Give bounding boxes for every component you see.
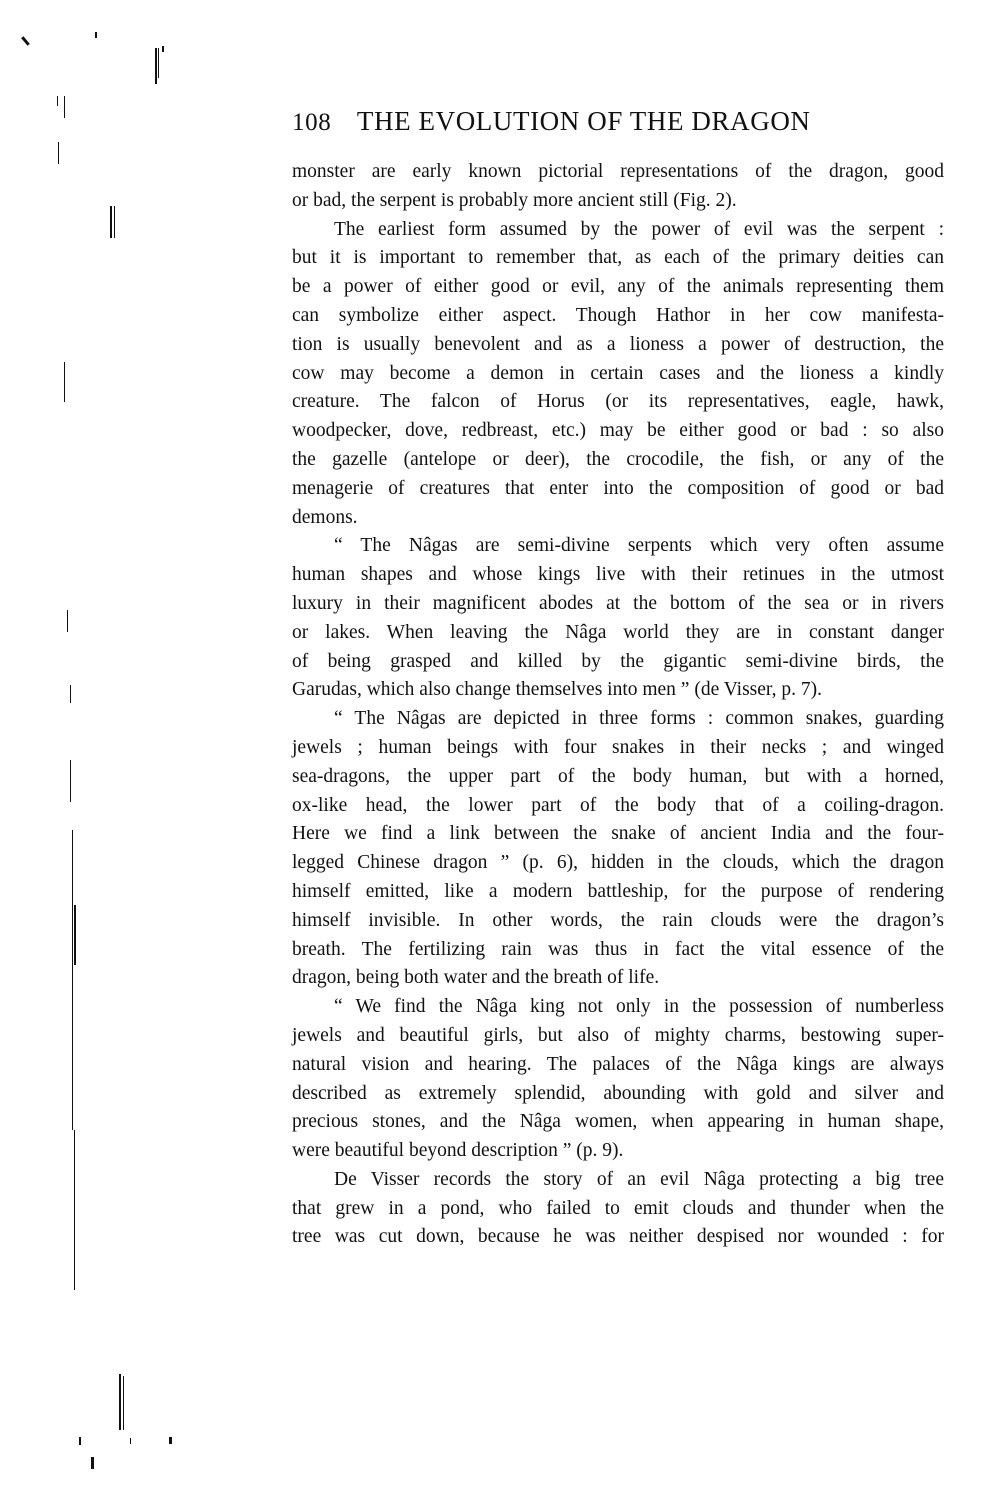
- text-line: sea-dragons, the upper part of the body …: [292, 763, 944, 792]
- text-line: himself invisible. In other words, the r…: [292, 907, 944, 936]
- text-line: dragon, being both water and the breath …: [292, 964, 944, 993]
- scan-mark: [130, 1438, 131, 1444]
- text-line: of being grasped and killed by the gigan…: [292, 648, 944, 677]
- text-line: natural vision and hearing. The palaces …: [292, 1051, 944, 1080]
- text-line: but it is important to remember that, as…: [292, 244, 944, 273]
- scan-mark: [169, 1437, 172, 1444]
- text-line: Here we find a link between the snake of…: [292, 820, 944, 849]
- paragraph-start-line: “ The Nâgas are depicted in three forms …: [292, 705, 944, 734]
- scan-mark: [162, 46, 164, 52]
- scan-mark: [64, 96, 65, 118]
- body-text: monster are early known pictorial repres…: [292, 158, 944, 1252]
- text-line: cow may become a demon in certain cases …: [292, 360, 944, 389]
- paragraph-start-line: “ The Nâgas are semi-divine serpents whi…: [292, 532, 944, 561]
- text-line: can symbolize either aspect. Though Hath…: [292, 302, 944, 331]
- paragraph-start-line: The earliest form assumed by the power o…: [292, 216, 944, 245]
- text-line: luxury in their magnificent abodes at th…: [292, 590, 944, 619]
- scan-mark: [119, 1374, 121, 1430]
- scan-mark: [95, 32, 97, 38]
- margin-line: [72, 830, 73, 1130]
- running-head: 108 THE EVOLUTION OF THE DRAGON: [292, 106, 952, 142]
- page-number: 108: [292, 109, 350, 137]
- text-line: jewels ; human beings with four snakes i…: [292, 734, 944, 763]
- paragraph-start-line: De Visser records the story of an evil N…: [292, 1166, 944, 1195]
- text-line: human shapes and whose kings live with t…: [292, 561, 944, 590]
- text-line: woodpecker, dove, redbreast, etc.) may b…: [292, 417, 944, 446]
- text-line: described as extremely splendid, aboundi…: [292, 1080, 944, 1109]
- scan-mark: [67, 610, 68, 632]
- text-line: that grew in a pond, who failed to emit …: [292, 1195, 944, 1224]
- scan-mark: [79, 1437, 81, 1445]
- text-line: tion is usually benevolent and as a lion…: [292, 331, 944, 360]
- scan-mark: [58, 142, 59, 164]
- scan-mark: [57, 96, 58, 106]
- scan-mark: [110, 206, 112, 238]
- book-title: THE EVOLUTION OF THE DRAGON: [357, 106, 811, 136]
- scan-mark: [155, 48, 157, 84]
- scan-mark: [123, 1376, 124, 1430]
- text-line: were beautiful beyond description ” (p. …: [292, 1137, 944, 1166]
- text-line: monster are early known pictorial repres…: [292, 158, 944, 187]
- scan-mark: [64, 362, 65, 402]
- text-line: precious stones, and the Nâga women, whe…: [292, 1108, 944, 1137]
- scan-mark: [114, 206, 115, 238]
- text-line: menagerie of creatures that enter into t…: [292, 475, 944, 504]
- text-line: tree was cut down, because he was neithe…: [292, 1223, 944, 1252]
- scan-mark: [74, 905, 76, 965]
- margin-line: [74, 1130, 75, 1290]
- text-line: be a power of either good or evil, any o…: [292, 273, 944, 302]
- text-line: ox-like head, the lower part of the body…: [292, 792, 944, 821]
- scan-mark: [70, 760, 71, 802]
- scan-mark: [91, 1457, 94, 1469]
- text-line: Garudas, which also change themselves in…: [292, 676, 944, 705]
- text-line: demons.: [292, 504, 944, 533]
- text-line: breath. The fertilizing rain was thus in…: [292, 936, 944, 965]
- text-line: the gazelle (antelope or deer), the croc…: [292, 446, 944, 475]
- text-line: or bad, the serpent is probably more anc…: [292, 187, 944, 216]
- scan-mark: [21, 36, 30, 46]
- paragraph-start-line: “ We find the Nâga king not only in the …: [292, 993, 944, 1022]
- text-line: himself emitted, like a modern battleshi…: [292, 878, 944, 907]
- text-line: creature. The falcon of Horus (or its re…: [292, 388, 944, 417]
- scan-mark: [70, 685, 71, 703]
- text-line: or lakes. When leaving the Nâga world th…: [292, 619, 944, 648]
- scan-mark: [158, 48, 159, 78]
- book-page: 108 THE EVOLUTION OF THE DRAGON monster …: [0, 0, 983, 1495]
- text-line: legged Chinese dragon ” (p. 6), hidden i…: [292, 849, 944, 878]
- text-line: jewels and beautiful girls, but also of …: [292, 1022, 944, 1051]
